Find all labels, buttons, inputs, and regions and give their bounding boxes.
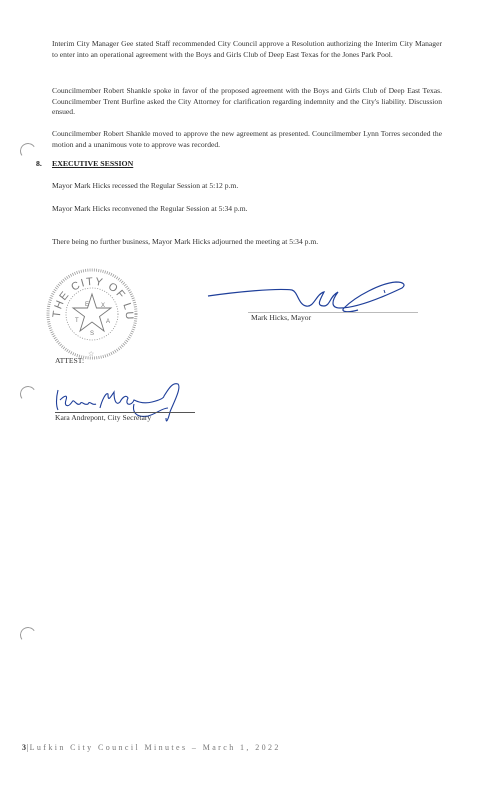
seal-ring-text: THE CITY OF LUFKIN (42, 262, 135, 321)
footer-separator: | (27, 743, 29, 752)
city-seal-icon: THE CITY OF LUFKIN E X T A S ☆ (42, 262, 142, 362)
svg-text:THE CITY OF LUFKIN: THE CITY OF LUFKIN (42, 262, 135, 321)
mayor-signature-icon (206, 268, 416, 318)
adjournment-statement: There being no further business, Mayor M… (52, 237, 442, 248)
secretary-name-label: Kara Andrepont, City Secretary (55, 413, 151, 422)
page-number: 3 (22, 743, 26, 752)
svg-text:S: S (90, 331, 94, 337)
svg-text:T: T (75, 318, 79, 324)
svg-text:☆: ☆ (88, 350, 94, 358)
paragraph-staff-recommendation: Interim City Manager Gee stated Staff re… (52, 39, 442, 60)
page-footer: 3|Lufkin City Council Minutes – March 1,… (22, 743, 281, 752)
svg-text:E: E (85, 302, 89, 308)
svg-text:A: A (106, 319, 110, 325)
paragraph-motion: Councilmember Robert Shankle moved to ap… (52, 129, 442, 150)
mayor-name-label: Mark Hicks, Mayor (251, 313, 311, 322)
punch-hole-mark (19, 385, 38, 404)
section-title: EXECUTIVE SESSION (52, 159, 133, 168)
footer-title: Lufkin City Council Minutes – March 1, 2… (30, 743, 281, 752)
paragraph-discussion: Councilmember Robert Shankle spoke in fa… (52, 86, 442, 118)
recess-statement: Mayor Mark Hicks recessed the Regular Se… (52, 181, 442, 192)
punch-hole-mark (19, 142, 38, 161)
section-heading: 8.EXECUTIVE SESSION (36, 159, 133, 168)
attest-label: ATTEST: (55, 356, 84, 365)
reconvene-statement: Mayor Mark Hicks reconvened the Regular … (52, 204, 442, 215)
svg-text:X: X (101, 303, 105, 309)
section-number: 8. (36, 159, 52, 168)
punch-hole-mark (19, 626, 38, 645)
